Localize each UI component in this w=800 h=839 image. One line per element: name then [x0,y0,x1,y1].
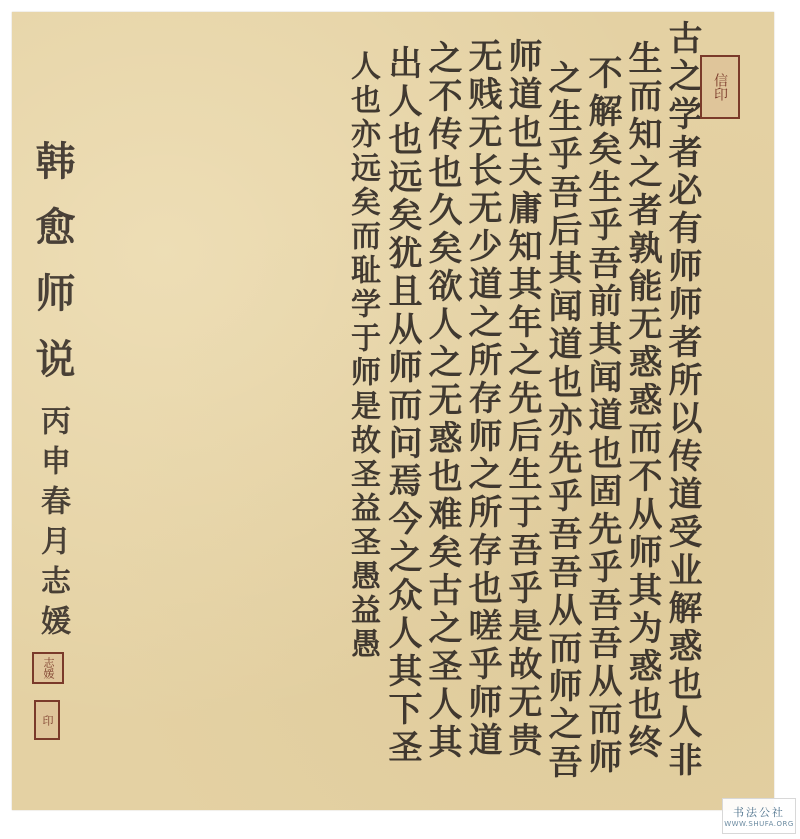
watermark-chinese: 书法公社 [733,804,785,820]
text-column-6: 无贱无长无少道之所存师之所存也嗟乎师道 [462,38,502,760]
text-column-3: 不解矣生乎吾前其闻道也固先乎吾吾从而师 [582,55,622,777]
text-column-5: 师道也夫庸知其年之先后生于吾乎是故无贵 [502,38,542,760]
text-column-2: 生而知之者孰能无惑惑而不从师其为惑也终 [622,40,662,762]
seal-top-right: 信印 [700,55,740,119]
text-column-4: 之生乎吾后其闻道也亦先乎吾吾从而师之吾 [542,60,582,782]
text-column-8: 出人也远矣犹且从师而问焉今之众人其下圣 [382,45,422,767]
seal-bottom-left-1: 志媛 [32,652,64,684]
text-column-1: 古之学者必有师师者所以传道受业解惑也人非 [662,20,702,780]
watermark-url: WWW.SHUFA.ORG [724,820,794,828]
text-column-7: 之不传也久矣欲人之无惑也难矣古之圣人其 [422,40,462,762]
text-column-9: 人也亦远矣而耻学于师是故圣益圣愚益愚 [342,50,382,662]
seal-bottom-left-2: 印 [34,700,60,740]
artwork-title: 韩愈师说 [24,140,81,404]
artist-signature: 丙申春月志媛 [30,405,74,645]
site-watermark: 书法公社 WWW.SHUFA.ORG [722,798,796,834]
